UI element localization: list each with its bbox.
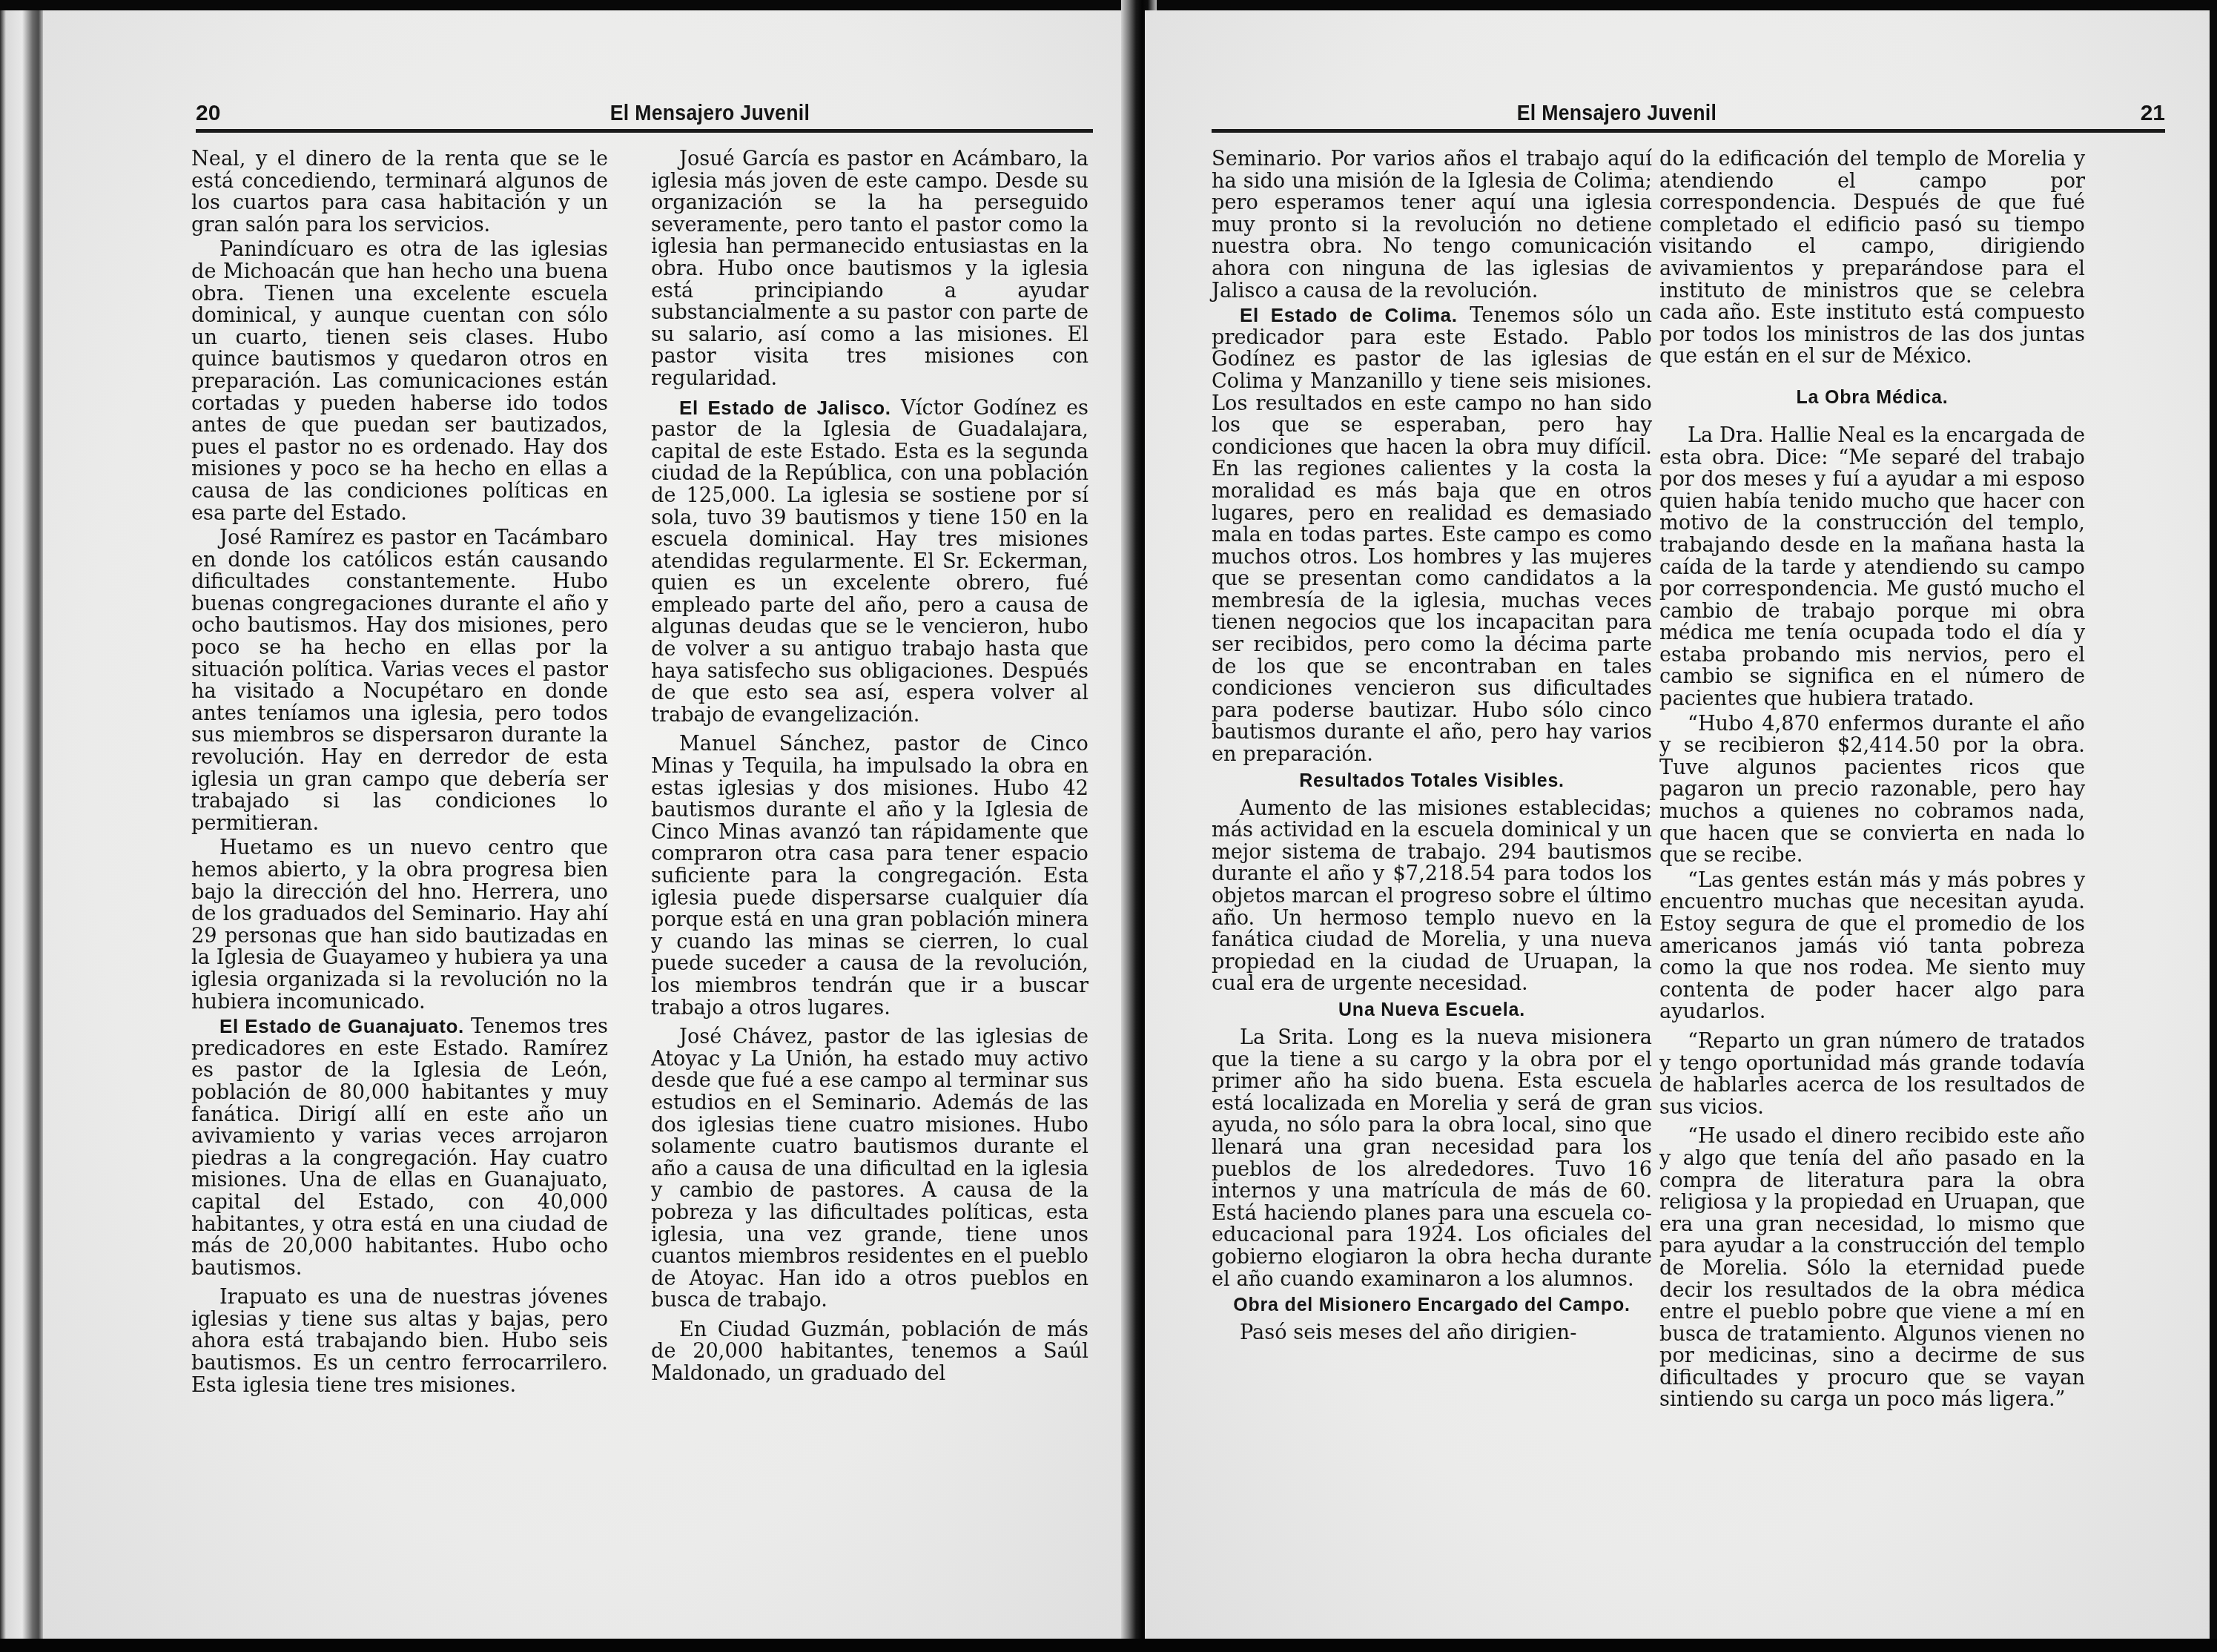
section-heading: Obra del Misionero Encargado del Campo. xyxy=(1212,1295,1652,1316)
paragraph: “He usado el dinero recibido este año y … xyxy=(1659,1126,2085,1411)
paragraph: “Las gentes están más y más pobres y enc… xyxy=(1659,870,2085,1023)
paragraph: “Hubo 4,870 enfermos durante el año y se… xyxy=(1659,713,2085,867)
paragraph: La Dra. Hallie Neal es la encargada de e… xyxy=(1659,425,2085,710)
running-title: El Mensajero Juvenil xyxy=(610,102,810,129)
page-number: 20 xyxy=(196,101,220,129)
paragraph: Josué García es pastor en Acámbaro, la i… xyxy=(651,148,1088,390)
scan-border-bottom xyxy=(0,1639,2217,1652)
paragraph: Neal, y el dinero de la renta que se le … xyxy=(191,148,608,236)
paragraph: Manuel Sánchez, pastor de Cinco Minas y … xyxy=(651,733,1088,1019)
paragraph: “Reparto un gran número de tratados y te… xyxy=(1659,1031,2085,1118)
column-right-1: Seminario. Por varios años el trabajo aq… xyxy=(1212,148,1652,1347)
section-lead: El Estado de Guanajuato. xyxy=(219,1015,464,1037)
paragraph: do la edificación del templo de Morelia … xyxy=(1659,148,2085,368)
paragraph-colima: El Estado de Colima. Tenemos sólo un pre… xyxy=(1212,305,1652,765)
running-title: El Mensajero Juvenil xyxy=(1517,102,1717,129)
paragraph: Irapuato es una de nuestras jóvenes igle… xyxy=(191,1286,608,1396)
section-heading: Resultados Totales Visibles. xyxy=(1212,770,1652,792)
running-header-left: 20 El Mensajero Juvenil xyxy=(196,90,1093,133)
paragraph-text: Víctor Godínez es pastor de la Iglesia d… xyxy=(651,397,1088,727)
paragraph: La Srita. Long es la nueva misionera que… xyxy=(1212,1027,1652,1290)
section-lead: El Estado de Jalisco. xyxy=(679,397,891,419)
page-left: 20 El Mensajero Juvenil Neal, y el diner… xyxy=(43,10,1137,1639)
column-left-2: Josué García es pastor en Acámbaro, la i… xyxy=(651,148,1088,1388)
paragraph: Seminario. Por varios años el trabajo aq… xyxy=(1212,148,1652,302)
paragraph-text: Tenemos sólo un predicador para este Est… xyxy=(1212,304,1652,766)
paragraph: Panindícuaro es otra de las iglesias de … xyxy=(191,239,608,524)
paragraph-text: Tenemos tres predicadores en este Estado… xyxy=(191,1015,608,1280)
scan-border-top xyxy=(0,0,2217,10)
paragraph: Pasó seis meses del año dirigien- xyxy=(1212,1322,1652,1344)
paragraph: José Ramírez es pastor en Tacámbaro en d… xyxy=(191,527,608,834)
book-spread: 20 El Mensajero Juvenil Neal, y el diner… xyxy=(0,0,2217,1652)
column-left-1: Neal, y el dinero de la renta que se le … xyxy=(191,148,608,1399)
section-lead: El Estado de Colima. xyxy=(1240,304,1458,326)
paragraph: Aumento de las misiones establecidas; má… xyxy=(1212,798,1652,995)
paragraph: José Chávez, pastor de las iglesias de A… xyxy=(651,1026,1088,1312)
running-header-right: El Mensajero Juvenil 21 xyxy=(1212,90,2165,133)
page-number: 21 xyxy=(2141,101,2165,129)
section-heading: Una Nueva Escuela. xyxy=(1212,1000,1652,1021)
column-right-2: do la edificación del templo de Morelia … xyxy=(1659,148,2085,1414)
paragraph-guanajuato: El Estado de Guanajuato. Tenemos tres pr… xyxy=(191,1016,608,1279)
paragraph: En Ciudad Guzmán, población de más de 20… xyxy=(651,1319,1088,1385)
page-right: El Mensajero Juvenil 21 Seminario. Por v… xyxy=(1145,10,2210,1639)
book-edge xyxy=(0,10,43,1642)
section-heading: La Obra Médica. xyxy=(1659,387,2085,409)
paragraph-jalisco: El Estado de Jalisco. Víctor Godínez es … xyxy=(651,397,1088,727)
paragraph: Huetamo es un nuevo centro que hemos abi… xyxy=(191,837,608,1013)
